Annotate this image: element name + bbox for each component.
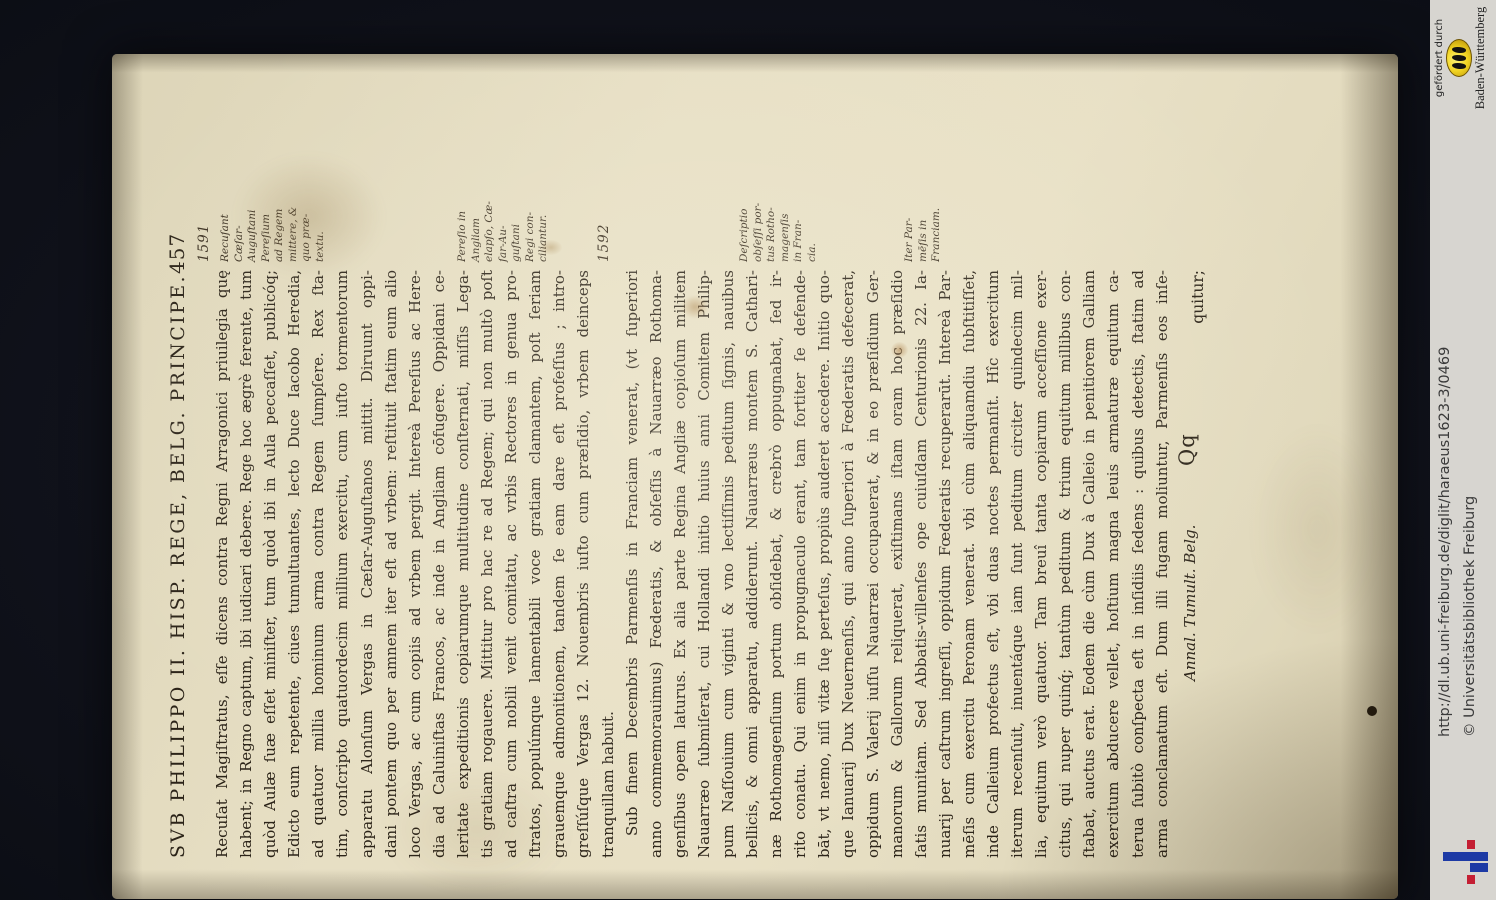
lion-figure-icon — [1452, 46, 1466, 54]
page-number: 457 — [165, 233, 189, 274]
text-line: inde Calleium profectus eſt, vbi duas no… — [984, 270, 1008, 858]
footer-catchword: quitur; — [1189, 270, 1207, 350]
document-url-text: http://dl.ub.uni-freiburg.de/diglit/hara… — [1433, 237, 1458, 737]
margin-note-iter: Iter Par- mēſis in Franciam. — [903, 176, 944, 262]
footer-running-title: Annal. Tumult. Belg. — [1181, 525, 1199, 681]
text-line: lia, equitum verò quatuor. Tam breuî tan… — [1032, 270, 1056, 858]
book-page-scan: SVB PHILIPPO II. HISP. REGE, BELG. PRINC… — [112, 54, 1398, 899]
text-line: ſtratos, populúmque lamentabili voce gra… — [526, 270, 550, 858]
text-line: citus, qui nuper quinq́; tantùm peditum … — [1056, 270, 1080, 858]
text-line: leritate expeditionis copiarumque multit… — [454, 270, 478, 858]
text-line: iterum recenſuit, inuentáque iam ſunt pe… — [1008, 270, 1032, 858]
footer-quire-signature: Qq — [1175, 433, 1199, 466]
text-line: que Ianuarij Dux Neuernenſis, qui anno ſ… — [839, 270, 863, 858]
margin-note-descriptio: Deſcriptio obſeſſi por- tus Rotho- magen… — [738, 176, 819, 262]
funding-state-label: Baden-Württemberg — [1473, 0, 1488, 123]
text-line: arma conclamatum eſt. Dum illi fugam mol… — [1153, 270, 1177, 858]
margin-note-peresio: Pereſio in Angliam elapſo, Cæ- ſar-Au- g… — [456, 176, 551, 262]
library-strip-texts: http://dl.ub.uni-freiburg.de/diglit/hara… — [1433, 237, 1485, 737]
paragraph-1: Recuſat Magiſtratus, eſſe dicens contra … — [213, 270, 623, 858]
text-line: anno commemorauimus) Fœderatis, & obſeſſ… — [647, 270, 671, 858]
text-line: bellicis, & omni apparatu, addiderunt. N… — [743, 270, 767, 858]
text-line: apparatu Alonſum Vergas in Cæſar-Auguſta… — [358, 270, 382, 858]
text-line: habent; in Regno captum, ibi iudicari de… — [237, 270, 261, 858]
running-header-title: SVB PHILIPPO II. HISP. REGE, BELG. PRINC… — [167, 274, 189, 858]
text-line: loco Vergas, ac cum copiis ad vrbem perg… — [406, 270, 430, 858]
text-line: Recuſat Magiſtratus, eſſe dicens contra … — [213, 270, 237, 858]
margin-note-recusant: Recuſant Cæſar- Auguſtani Pereſium ad Re… — [219, 176, 327, 262]
text-line: dia ad Caluiniſtas Francos, ac inde in A… — [430, 270, 454, 858]
text-line: quòd Aulæ ſuæ eſſet miniſter, tum quòd i… — [261, 270, 285, 858]
text-line: terua ſubitò conſpecta eſt in inſidiis ſ… — [1129, 270, 1153, 858]
text-line: Edicto eum repetente, ciues tumultuantes… — [285, 270, 309, 858]
text-line: ſatis munitam. Sed Abbatis-villenſes ope… — [912, 270, 936, 858]
scanner-background: SVB PHILIPPO II. HISP. REGE, BELG. PRINC… — [0, 0, 1496, 900]
funding-label: gefördert durch — [1434, 0, 1445, 123]
text-line: rito conatu. Qui enim in propugnaculo er… — [791, 270, 815, 858]
text-line: næ Rothomagenſium portum obſidebat, & cr… — [767, 270, 791, 858]
ub-freiburg-logo-icon — [1470, 863, 1488, 872]
text-line: manorum & Gallorum reliquerat, exiſtiman… — [888, 270, 912, 858]
text-line: bāt, vt nemo, niſi vitæ ſuę perteſus, pr… — [815, 270, 839, 858]
ub-freiburg-logo-icon — [1443, 852, 1488, 861]
lion-figure-icon — [1452, 54, 1466, 62]
text-line: exercitum abducere vellet, hoſtium magna… — [1104, 270, 1128, 858]
paragraph-2: Sub finem Decembris Parmenſis in Francia… — [623, 270, 1177, 858]
funding-block: gefördert durch Baden-Württemberg — [1434, 0, 1492, 123]
margin-note-year-1591: 1591 — [198, 176, 212, 262]
body-text: Recuſat Magiſtratus, eſſe dicens contra … — [213, 270, 1177, 858]
text-line: dani pontem quo per amnem iter eſt ad vr… — [382, 270, 406, 858]
text-line: genſibus opem laturus. Ex alia parte Reg… — [671, 270, 695, 858]
text-line: ſtabat, auctus erat. Eodem die cùm Dux à… — [1080, 270, 1104, 858]
text-line: tis gratiam rogauere. Mittitur pro hac r… — [478, 270, 502, 858]
text-line: tim, conſcripto quatuordecim millium exe… — [333, 270, 357, 858]
page-header: SVB PHILIPPO II. HISP. REGE, BELG. PRINC… — [165, 270, 189, 858]
text-line: mēſis cum exercitu Peronam venerat. vbi … — [960, 270, 984, 858]
text-line: pum Naſſouium cum viginti & vno lectiſſi… — [719, 270, 743, 858]
rotated-print-area: SVB PHILIPPO II. HISP. REGE, BELG. PRINC… — [115, 56, 1395, 896]
text-line: nuarij per caſtrum ingreſſi, oppidum Fœd… — [936, 270, 960, 858]
text-line: Nauarræo ſubmiſerat, cui Hollandi initio… — [695, 270, 719, 858]
lion-figure-icon — [1452, 62, 1466, 70]
text-line: greſſúſque Vergas 12. Nouembris iuſto cu… — [574, 270, 598, 858]
text-line: oppidum S. Valerij iuſſu Nauarræi occupa… — [864, 270, 888, 858]
margin-note-year-1592: 1592 — [598, 176, 612, 262]
text-line: ad quatuor millia hominum arma contra Re… — [309, 270, 333, 858]
copyright-text: © Universitätsbibliothek Freiburg — [1458, 237, 1483, 737]
text-line: ad caſtra cum nobili venit comitatu, ac … — [502, 270, 526, 858]
text-line: tranquillam habuit. — [599, 270, 623, 858]
text-line: Sub finem Decembris Parmenſis in Francia… — [623, 270, 647, 858]
text-line: grauemque admonitionem, tandem ſe eam da… — [550, 270, 574, 858]
baden-wuerttemberg-coat-of-arms-icon — [1446, 39, 1472, 77]
ub-freiburg-logo-icon — [1467, 840, 1475, 849]
ub-freiburg-logo-icon — [1467, 875, 1475, 884]
